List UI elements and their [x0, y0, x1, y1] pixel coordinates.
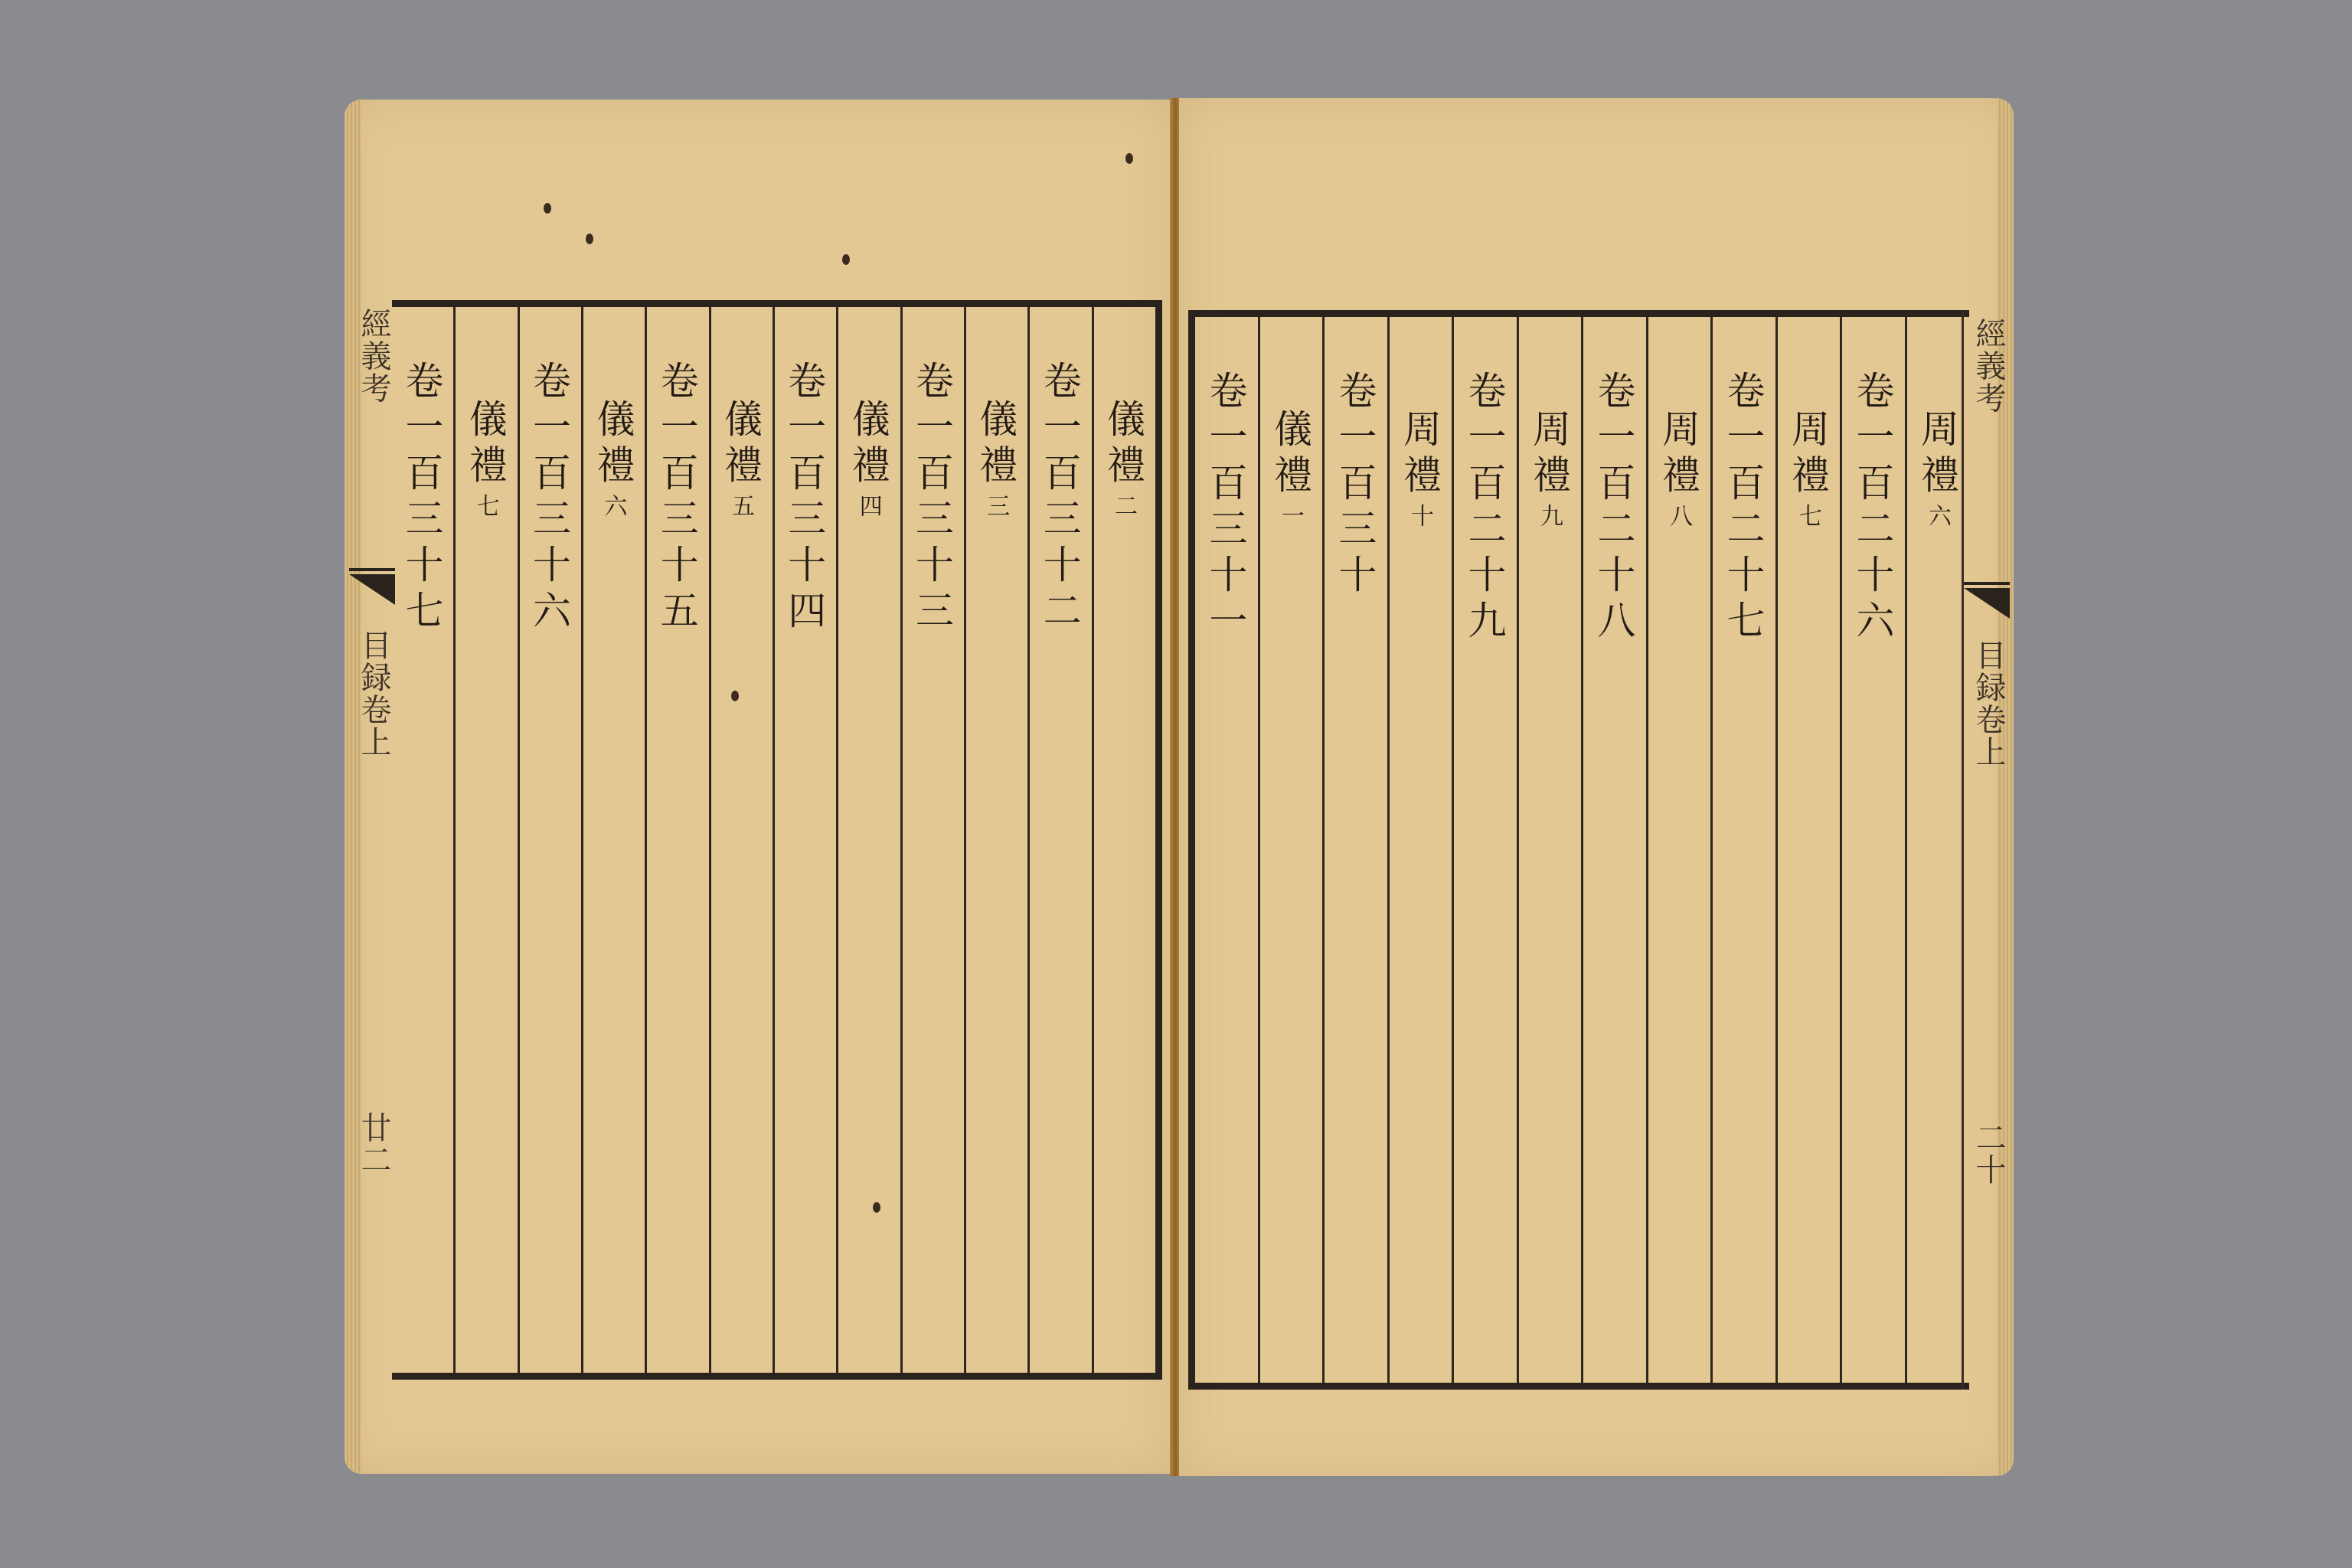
- entry-volume: 卷一百三十七: [392, 361, 453, 636]
- entry-volume: 卷一百三十五: [647, 361, 708, 636]
- wormhole-spot: [544, 203, 551, 214]
- column: 儀禮三: [964, 307, 1027, 1373]
- column: 卷一百三十一: [1195, 317, 1258, 1383]
- margin-title: 經義考: [355, 308, 392, 404]
- entry-book: 周禮七: [1778, 409, 1841, 527]
- entry-volume: 卷一百二十九: [1454, 371, 1517, 646]
- entry-book: 儀禮三: [966, 399, 1027, 517]
- wormhole-spot: [873, 1202, 880, 1213]
- fishtail-ornament-icon: [1964, 582, 2010, 626]
- right-page: 周禮六 卷一百二十六 周禮七 卷一百二十七 周禮八 卷一百二十八 周禮九 卷一百…: [1179, 98, 2014, 1476]
- entry-volume: 卷一百三十三: [903, 361, 964, 636]
- column: 周禮七: [1775, 317, 1841, 1383]
- entry-volume: 卷一百三十一: [1195, 371, 1258, 646]
- entry-volume: 卷一百三十: [1325, 371, 1387, 600]
- column: 儀禮六: [581, 307, 645, 1373]
- entry-book: 儀禮七: [456, 399, 517, 517]
- column: 周禮六: [1905, 317, 1970, 1383]
- right-page-frame: 周禮六 卷一百二十六 周禮七 卷一百二十七 周禮八 卷一百二十八 周禮九 卷一百…: [1188, 310, 1969, 1390]
- entry-book: 周禮九: [1519, 409, 1582, 527]
- entry-book: 儀禮二: [1094, 399, 1155, 517]
- wormhole-spot: [586, 234, 593, 244]
- column: 儀禮一: [1258, 317, 1323, 1383]
- margin-section: 目録卷上: [1970, 639, 2007, 768]
- column: 卷一百二十八: [1581, 317, 1646, 1383]
- entry-volume: 卷一百二十八: [1583, 371, 1646, 646]
- entry-book: 周禮八: [1648, 409, 1711, 527]
- column: 儀禮五: [709, 307, 773, 1373]
- entry-book: 儀禮四: [838, 399, 900, 517]
- column: 周禮九: [1517, 317, 1582, 1383]
- entry-volume: 卷一百三十六: [520, 361, 581, 636]
- column: 儀禮二: [1092, 307, 1155, 1373]
- left-page-frame: 儀禮二 卷一百三十二 儀禮三 卷一百三十三 儀禮四 卷一百三十四 儀禮五 卷一百…: [392, 300, 1162, 1380]
- entry-volume: 卷一百二十七: [1713, 371, 1775, 646]
- entry-book: 儀禮六: [583, 399, 645, 517]
- column: 卷一百三十三: [900, 307, 964, 1373]
- fishtail-ornament-icon: [349, 568, 395, 612]
- column: 卷一百三十七: [392, 307, 453, 1373]
- entry-book: 周禮六: [1907, 409, 1970, 527]
- entry-volume: 卷一百三十四: [775, 361, 836, 636]
- column: 卷一百二十六: [1840, 317, 1905, 1383]
- left-page-columns: 儀禮二 卷一百三十二 儀禮三 卷一百三十三 儀禮四 卷一百三十四 儀禮五 卷一百…: [392, 307, 1155, 1373]
- wormhole-spot: [731, 691, 739, 701]
- column: 卷一百三十六: [518, 307, 581, 1373]
- column: 周禮八: [1646, 317, 1711, 1383]
- right-page-columns: 周禮六 卷一百二十六 周禮七 卷一百二十七 周禮八 卷一百二十八 周禮九 卷一百…: [1195, 317, 1969, 1383]
- column: 卷一百三十: [1322, 317, 1387, 1383]
- left-page: 經義考 目録卷上 廿二 儀禮二 卷一百三十二 儀禮三 卷一百三十三 儀禮四 卷一…: [345, 100, 1171, 1474]
- entry-book: 周禮十: [1390, 409, 1452, 527]
- entry-volume: 卷一百二十六: [1842, 371, 1905, 646]
- column: 周禮十: [1387, 317, 1452, 1383]
- column: 儀禮四: [836, 307, 900, 1373]
- entry-volume: 卷一百三十二: [1030, 361, 1091, 636]
- column: 卷一百三十二: [1027, 307, 1091, 1373]
- margin-page-number: 二十: [1970, 1122, 2007, 1186]
- column: 卷一百二十七: [1710, 317, 1775, 1383]
- margin-section: 目録卷上: [355, 629, 392, 758]
- column: 儀禮七: [453, 307, 517, 1373]
- wormhole-spot: [1125, 153, 1133, 164]
- column: 卷一百三十四: [773, 307, 836, 1373]
- right-page-margin-column: 經義考 目録卷上 二十: [1962, 310, 2009, 1390]
- margin-title: 經義考: [1970, 318, 2007, 414]
- column: 卷一百三十五: [645, 307, 708, 1373]
- column: 卷一百二十九: [1452, 317, 1517, 1383]
- entry-book: 儀禮五: [711, 399, 773, 517]
- margin-page-number: 廿二: [355, 1112, 392, 1176]
- entry-book: 儀禮一: [1260, 409, 1323, 527]
- wormhole-spot: [842, 254, 850, 265]
